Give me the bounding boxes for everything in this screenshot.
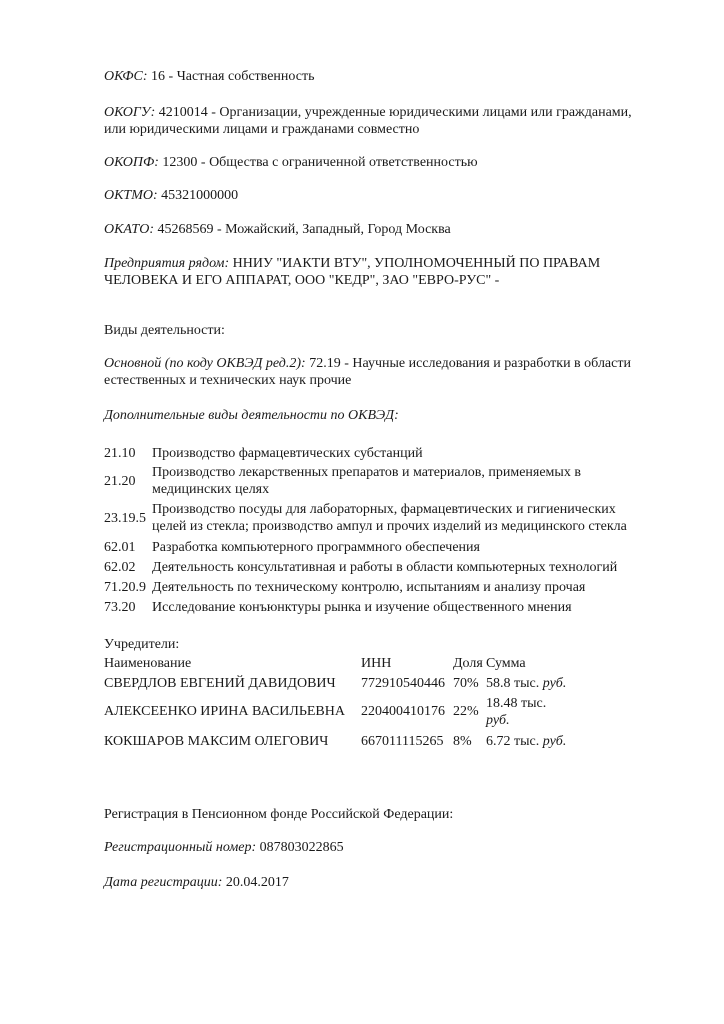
founders-heading: Учредители: bbox=[104, 636, 664, 653]
okfs-label: ОКФС: bbox=[104, 69, 148, 84]
founder-inn: 220400410176 bbox=[361, 703, 445, 720]
activity-code: 71.20.9 bbox=[104, 579, 152, 596]
main-activity-label: Основной (по коду ОКВЭД ред.2): bbox=[104, 356, 306, 371]
activity-row: 73.20 Исследование конъюнктуры рынка и и… bbox=[104, 599, 664, 616]
nearby-enterprises-field: Предприятия рядом: ННИУ "ИАКТИ ВТУ", УПО… bbox=[104, 255, 664, 289]
reg-number-label: Регистрационный номер: bbox=[104, 840, 256, 855]
founder-sum-currency: руб. bbox=[543, 734, 567, 749]
founder-sum-value: 18.48 тыс. bbox=[486, 696, 546, 711]
activity-row: 62.02 Деятельность консультативная и раб… bbox=[104, 559, 664, 576]
reg-date-value: 20.04.2017 bbox=[226, 875, 289, 890]
founder-sum-currency: руб. bbox=[543, 676, 567, 691]
okato-label: ОКАТО: bbox=[104, 222, 154, 237]
okopf-label: ОКОПФ: bbox=[104, 155, 159, 170]
activity-description-line1: Производство лекарственных препаратов и … bbox=[152, 465, 581, 480]
founder-share: 22% bbox=[453, 703, 479, 720]
okfs-field: ОКФС: 16 - Частная собственность bbox=[104, 68, 664, 85]
activities-heading: Виды деятельности: bbox=[104, 322, 664, 339]
column-header-sum: Сумма bbox=[486, 655, 564, 672]
activity-code: 62.01 bbox=[104, 539, 152, 556]
founder-sum-value: 58.8 тыс. bbox=[486, 676, 539, 691]
nearby-value-line2: ЧЕЛОВЕКА И ЕГО АППАРАТ, ООО "КЕДР", ЗАО … bbox=[104, 273, 499, 288]
okogu-label: ОКОГУ: bbox=[104, 105, 155, 120]
okogu-value-line2: или юридическими лицами и гражданами сов… bbox=[104, 122, 419, 137]
oktmo-value: 45321000000 bbox=[161, 188, 238, 203]
column-header-name: Наименование bbox=[104, 655, 191, 672]
founders-table-header: Наименование ИНН Доля Сумма bbox=[104, 655, 664, 675]
additional-activities-heading: Дополнительные виды деятельности по ОКВЭ… bbox=[104, 407, 664, 424]
activity-code: 62.02 bbox=[104, 559, 152, 576]
activity-row: 71.20.9 Деятельность по техническому кон… bbox=[104, 579, 664, 596]
okopf-field: ОКОПФ: 12300 - Общества с ограниченной о… bbox=[104, 154, 664, 171]
nearby-label: Предприятия рядом: bbox=[104, 256, 229, 271]
reg-number-value: 087803022865 bbox=[260, 840, 344, 855]
founder-name: АЛЕКСЕЕНКО ИРИНА ВАСИЛЬЕВНА bbox=[104, 703, 345, 720]
table-row: АЛЕКСЕЕНКО ИРИНА ВАСИЛЬЕВНА 220400410176… bbox=[104, 695, 664, 729]
founder-sum-value: 6.72 тыс. bbox=[486, 734, 539, 749]
oktmo-field: ОКТМО: 45321000000 bbox=[104, 187, 664, 204]
activity-code: 21.20 bbox=[104, 473, 152, 490]
activity-description-line2: медицинских целях bbox=[152, 482, 269, 497]
main-activity-value-line2: естественных и технических наук прочие bbox=[104, 373, 351, 388]
founder-share: 8% bbox=[453, 733, 472, 750]
table-row: СВЕРДЛОВ ЕВГЕНИЙ ДАВИДОВИЧ 772910540446 … bbox=[104, 675, 664, 695]
nearby-value-line1: ННИУ "ИАКТИ ВТУ", УПОЛНОМОЧЕННЫЙ ПО ПРАВ… bbox=[233, 256, 601, 271]
okogu-field: ОКОГУ: 4210014 - Организации, учрежденны… bbox=[104, 104, 664, 138]
activity-description: Производство посуды для лабораторных, фа… bbox=[152, 501, 664, 535]
founder-name: КОКШАРОВ МАКСИМ ОЛЕГОВИЧ bbox=[104, 733, 328, 750]
founder-inn: 772910540446 bbox=[361, 675, 445, 692]
okfs-value: 16 - Частная собственность bbox=[151, 69, 314, 84]
oktmo-label: ОКТМО: bbox=[104, 188, 158, 203]
activity-code: 73.20 bbox=[104, 599, 152, 616]
founder-inn: 667011115265 bbox=[361, 733, 443, 750]
activity-description: Деятельность консультативная и работы в … bbox=[152, 559, 664, 576]
okato-value: 45268569 - Можайский, Западный, Город Мо… bbox=[157, 222, 450, 237]
activity-code: 21.10 bbox=[104, 445, 152, 462]
activity-description: Деятельность по техническому контролю, и… bbox=[152, 579, 664, 596]
reg-date-label: Дата регистрации: bbox=[104, 875, 222, 890]
activity-row: 21.20 Производство лекарственных препара… bbox=[104, 464, 664, 498]
pension-reg-date-field: Дата регистрации: 20.04.2017 bbox=[104, 874, 664, 891]
pension-reg-number-field: Регистрационный номер: 087803022865 bbox=[104, 839, 664, 856]
activity-row: 62.01 Разработка компьютерного программн… bbox=[104, 539, 664, 556]
founder-sum-currency: руб. bbox=[486, 713, 510, 728]
column-header-inn: ИНН bbox=[361, 655, 391, 672]
activity-description: Производство фармацевтических субстанций bbox=[152, 445, 664, 462]
activity-description: Производство лекарственных препаратов и … bbox=[152, 464, 664, 498]
activity-description: Исследование конъюнктуры рынка и изучени… bbox=[152, 599, 664, 616]
founder-sum: 6.72 тыс. руб. bbox=[486, 733, 606, 750]
pension-fund-heading: Регистрация в Пенсионном фонде Российско… bbox=[104, 806, 664, 823]
founder-share: 70% bbox=[453, 675, 479, 692]
okopf-value: 12300 - Общества с ограниченной ответств… bbox=[162, 155, 477, 170]
activity-description-line1: Производство посуды для лабораторных, фа… bbox=[152, 502, 616, 517]
table-row: КОКШАРОВ МАКСИМ ОЛЕГОВИЧ 667011115265 8%… bbox=[104, 733, 664, 753]
main-activity-value-line1: 72.19 - Научные исследования и разработк… bbox=[309, 356, 631, 371]
founder-name: СВЕРДЛОВ ЕВГЕНИЙ ДАВИДОВИЧ bbox=[104, 675, 336, 692]
activity-row: 23.19.5 Производство посуды для лаборато… bbox=[104, 501, 664, 535]
column-header-share: Доля bbox=[453, 655, 483, 672]
okogu-value-line1: 4210014 - Организации, учрежденные юриди… bbox=[159, 105, 632, 120]
activity-code: 23.19.5 bbox=[104, 510, 152, 527]
activity-description: Разработка компьютерного программного об… bbox=[152, 539, 664, 556]
activity-row: 21.10 Производство фармацевтических субс… bbox=[104, 445, 664, 462]
founder-sum: 58.8 тыс. руб. bbox=[486, 675, 606, 692]
main-activity-field: Основной (по коду ОКВЭД ред.2): 72.19 - … bbox=[104, 355, 664, 389]
activity-description-line2: целей из стекла; производство ампул и пр… bbox=[152, 519, 627, 534]
okato-field: ОКАТО: 45268569 - Можайский, Западный, Г… bbox=[104, 221, 664, 238]
founder-sum: 18.48 тыс.руб. bbox=[486, 695, 564, 729]
